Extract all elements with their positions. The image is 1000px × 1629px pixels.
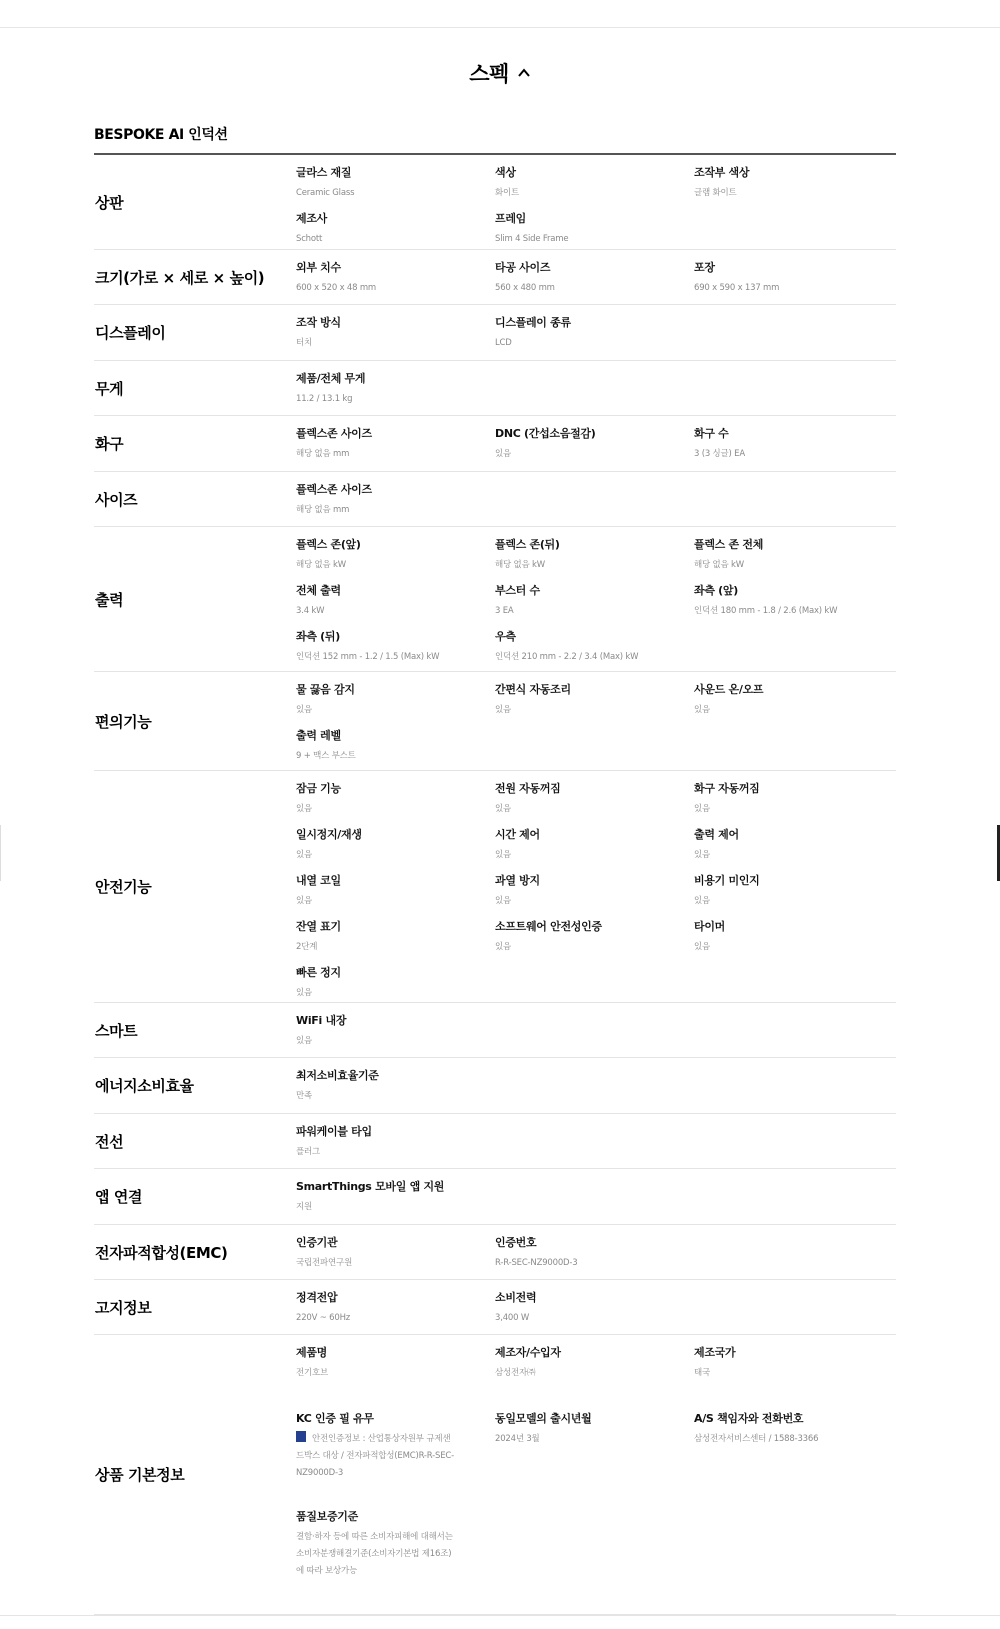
spec-item: 간편식 자동조리있음 — [495, 682, 694, 728]
spec-row: 크기(가로 × 세로 × 높이)외부 치수600 x 520 x 48 mm타공… — [94, 250, 896, 305]
spec-label: 포장 — [694, 260, 896, 276]
spec-label: SmartThings 모바일 앱 지원 — [296, 1179, 495, 1195]
spec-item: 디스플레이 종류LCD — [495, 315, 694, 361]
spec-label: 파워케이블 타입 — [296, 1124, 495, 1140]
spec-item: 동일모델의 출시년월2024년 3월 — [495, 1411, 694, 1510]
spec-row: 에너지소비효율최저소비효율기준만족 — [94, 1058, 896, 1114]
spec-label: 품질보증기준 — [296, 1509, 495, 1525]
spec-item: 플렉스존 사이즈해당 없음 mm — [296, 426, 495, 472]
spec-label: 물 끓음 감지 — [296, 682, 495, 698]
product-name: BESPOKE AI 인덕션 — [94, 124, 228, 144]
spec-items-grid: 최저소비효율기준만족 — [296, 1058, 896, 1113]
spec-category: 고지정보 — [94, 1280, 296, 1334]
left-edge-mark — [0, 825, 1, 881]
spec-label: 빠른 정지 — [296, 965, 495, 981]
spec-item: 좌측 (앞)인덕션 180 mm - 1.8 / 2.6 (Max) kW — [694, 583, 896, 629]
spec-row: 고지정보정격전압220V ~ 60Hz소비전력3,400 W — [94, 1280, 896, 1335]
spec-item: 부스터 수3 EA — [495, 583, 694, 629]
spec-value: 터치 — [296, 335, 495, 351]
spec-label: 화구 수 — [694, 426, 896, 442]
spec-item: 플렉스 존 전체해당 없음 kW — [694, 537, 896, 583]
spec-value: 있음 — [296, 847, 495, 863]
spec-item: 제품명전기호브 — [296, 1345, 495, 1411]
spec-item: 타이머있음 — [694, 919, 896, 965]
spec-row: 편의기능물 끓음 감지있음간편식 자동조리있음사운드 온/오프있음출력 레벨9 … — [94, 672, 896, 771]
spec-label: 소비전력 — [495, 1290, 694, 1306]
spec-items-grid: 플렉스존 사이즈해당 없음 mm — [296, 472, 896, 526]
spec-value: 플러그 — [296, 1144, 495, 1160]
spec-item: 시간 제어있음 — [495, 827, 694, 873]
spec-label: 우측 — [495, 629, 694, 645]
spec-item: 색상화이트 — [495, 165, 694, 211]
spec-value: 글램 화이트 — [694, 185, 896, 201]
spec-items-grid: 플렉스존 사이즈해당 없음 mmDNC (간섭소음절감)있음화구 수3 (3 싱… — [296, 416, 896, 471]
spec-value: 있음 — [495, 939, 694, 955]
spec-label: 부스터 수 — [495, 583, 694, 599]
spec-value: Schott — [296, 231, 495, 247]
spec-category: 상품 기본정보 — [94, 1335, 296, 1614]
spec-value: Ceramic Glass — [296, 185, 495, 201]
spec-row: 사이즈플렉스존 사이즈해당 없음 mm — [94, 472, 896, 527]
spec-item: 플렉스 존(뒤)해당 없음 kW — [495, 537, 694, 583]
spec-item: 과열 방지있음 — [495, 873, 694, 919]
chevron-up-icon — [517, 66, 531, 80]
spec-value: 3 (3 싱글) EA — [694, 446, 896, 462]
spec-label: 시간 제어 — [495, 827, 694, 843]
spec-label: 제조자/수입자 — [495, 1345, 694, 1361]
spec-label: WiFi 내장 — [296, 1013, 495, 1029]
spec-label: KC 인증 필 유무 — [296, 1411, 495, 1427]
spec-items-grid: 제품/전체 무게11.2 / 13.1 kg — [296, 361, 896, 415]
spec-value: 있음 — [296, 801, 495, 817]
spec-value: 삼성전자㈜ — [495, 1365, 694, 1381]
spec-label: 간편식 자동조리 — [495, 682, 694, 698]
spec-row: 화구플렉스존 사이즈해당 없음 mmDNC (간섭소음절감)있음화구 수3 (3… — [94, 416, 896, 472]
spec-label: 화구 자동꺼짐 — [694, 781, 896, 797]
spec-category: 앱 연결 — [94, 1169, 296, 1224]
spec-label: 동일모델의 출시년월 — [495, 1411, 694, 1427]
bottom-divider — [0, 1615, 1000, 1616]
spec-value: 전기호브 — [296, 1365, 495, 1381]
spec-row: 출력플렉스 존(앞)해당 없음 kW플렉스 존(뒤)해당 없음 kW플렉스 존 … — [94, 527, 896, 672]
spec-label: A/S 책임자와 전화번호 — [694, 1411, 896, 1427]
spec-value: 삼성전자서비스센터 / 1588-3366 — [694, 1431, 896, 1447]
spec-label: 최저소비효율기준 — [296, 1068, 495, 1084]
spec-category: 디스플레이 — [94, 305, 296, 360]
spec-item: KC 인증 필 유무안전인증정보 : 산업통상자원부 규제샌드박스 대상 / 전… — [296, 1411, 495, 1510]
spec-value: 11.2 / 13.1 kg — [296, 391, 495, 407]
spec-label: 글라스 재질 — [296, 165, 495, 181]
spec-row: 안전기능잠금 기능있음전원 자동꺼짐있음화구 자동꺼짐있음일시정지/재생있음시간… — [94, 771, 896, 1003]
spec-label: 플렉스 존(앞) — [296, 537, 495, 553]
spec-label: 제품명 — [296, 1345, 495, 1361]
spec-value: 만족 — [296, 1088, 495, 1104]
spec-value: 안전인증정보 : 산업통상자원부 규제샌드박스 대상 / 전자파적합성(EMC)… — [296, 1431, 456, 1482]
spec-category: 상판 — [94, 155, 296, 249]
spec-value: 해당 없음 kW — [296, 557, 495, 573]
spec-label: 정격전압 — [296, 1290, 495, 1306]
spec-label: 좌측 (앞) — [694, 583, 896, 599]
spec-category: 에너지소비효율 — [94, 1058, 296, 1113]
spec-label: 좌측 (뒤) — [296, 629, 495, 645]
spec-item: 일시정지/재생있음 — [296, 827, 495, 873]
spec-value: 있음 — [495, 847, 694, 863]
spec-label: 인증번호 — [495, 1235, 694, 1251]
spec-row: 전선파워케이블 타입플러그 — [94, 1114, 896, 1169]
spec-items-grid: 플렉스 존(앞)해당 없음 kW플렉스 존(뒤)해당 없음 kW플렉스 존 전체… — [296, 527, 896, 671]
spec-label: 제품/전체 무게 — [296, 371, 495, 387]
spec-label: 타공 사이즈 — [495, 260, 694, 276]
spec-value: 있음 — [296, 893, 495, 909]
spec-value: 해당 없음 kW — [495, 557, 694, 573]
spec-label: 제조사 — [296, 211, 495, 227]
spec-item: 좌측 (뒤)인덕션 152 mm - 1.2 / 1.5 (Max) kW — [296, 629, 495, 675]
spec-value: 태국 — [694, 1365, 896, 1381]
spec-label: 플렉스존 사이즈 — [296, 426, 495, 442]
spec-item: SmartThings 모바일 앱 지원지원 — [296, 1179, 495, 1225]
spec-item: 플렉스존 사이즈해당 없음 mm — [296, 482, 495, 528]
spec-row: 디스플레이조작 방식터치디스플레이 종류LCD — [94, 305, 896, 361]
spec-label: 전체 출력 — [296, 583, 495, 599]
spec-value: 3,400 W — [495, 1310, 694, 1326]
spec-category: 출력 — [94, 527, 296, 671]
spec-value: 화이트 — [495, 185, 694, 201]
spec-value: 있음 — [296, 985, 495, 1001]
spec-item: WiFi 내장있음 — [296, 1013, 495, 1059]
spec-item: 글라스 재질Ceramic Glass — [296, 165, 495, 211]
spec-value: 있음 — [694, 801, 896, 817]
spec-value: 있음 — [694, 702, 896, 718]
spec-category: 편의기능 — [94, 672, 296, 770]
spec-value: 690 x 590 x 137 mm — [694, 280, 896, 296]
spec-title: 스펙 — [469, 58, 509, 88]
spec-item: 출력 레벨9 + 맥스 부스트 — [296, 728, 495, 774]
kc-mark-icon — [296, 1431, 306, 1442]
spec-label: 과열 방지 — [495, 873, 694, 889]
spec-label: 인증기관 — [296, 1235, 495, 1251]
spec-item: 잔열 표기2단계 — [296, 919, 495, 965]
spec-item: 플렉스 존(앞)해당 없음 kW — [296, 537, 495, 583]
spec-value: 있음 — [495, 446, 694, 462]
spec-item: 소프트웨어 안전성인증있음 — [495, 919, 694, 965]
spec-items-grid: SmartThings 모바일 앱 지원지원 — [296, 1169, 896, 1224]
spec-items-grid: 정격전압220V ~ 60Hz소비전력3,400 W — [296, 1280, 896, 1334]
spec-value: 해당 없음 mm — [296, 502, 495, 518]
spec-label: 출력 레벨 — [296, 728, 495, 744]
spec-items-grid: 외부 치수600 x 520 x 48 mm타공 사이즈560 x 480 mm… — [296, 250, 896, 304]
spec-category: 크기(가로 × 세로 × 높이) — [94, 250, 296, 304]
spec-value: 2단계 — [296, 939, 495, 955]
spec-label: 조작부 색상 — [694, 165, 896, 181]
spec-value: 해당 없음 kW — [694, 557, 896, 573]
spec-item: 출력 제어있음 — [694, 827, 896, 873]
spec-value: 3.4 kW — [296, 603, 495, 619]
spec-label: 타이머 — [694, 919, 896, 935]
spec-row: 앱 연결SmartThings 모바일 앱 지원지원 — [94, 1169, 896, 1225]
spec-item: A/S 책임자와 전화번호삼성전자서비스센터 / 1588-3366 — [694, 1411, 896, 1510]
spec-label: 소프트웨어 안전성인증 — [495, 919, 694, 935]
spec-value: 해당 없음 mm — [296, 446, 495, 462]
spec-item: 정격전압220V ~ 60Hz — [296, 1290, 495, 1336]
spec-label: DNC (간섭소음절감) — [495, 426, 694, 442]
spec-item: 파워케이블 타입플러그 — [296, 1124, 495, 1170]
spec-table: 상판글라스 재질Ceramic Glass색상화이트조작부 색상글램 화이트제조… — [94, 155, 896, 1615]
spec-value: 있음 — [694, 847, 896, 863]
spec-value: 있음 — [296, 1033, 495, 1049]
spec-item: 화구 수3 (3 싱글) EA — [694, 426, 896, 472]
spec-value: 있음 — [694, 893, 896, 909]
spec-item: 제조자/수입자삼성전자㈜ — [495, 1345, 694, 1411]
spec-value: 있음 — [296, 702, 495, 718]
spec-item: 물 끓음 감지있음 — [296, 682, 495, 728]
spec-category: 전자파적합성(EMC) — [94, 1225, 296, 1279]
spec-value: 2024년 3월 — [495, 1431, 694, 1447]
spec-value: Slim 4 Side Frame — [495, 231, 694, 247]
spec-label: 제조국가 — [694, 1345, 896, 1361]
spec-label: 조작 방식 — [296, 315, 495, 331]
spec-value: 인덕션 180 mm - 1.8 / 2.6 (Max) kW — [694, 603, 896, 619]
spec-item: 품질보증기준결함·하자 등에 따른 소비자피해에 대해서는 소비자분쟁해결기준(… — [296, 1509, 495, 1608]
spec-item: 조작부 색상글램 화이트 — [694, 165, 896, 211]
spec-items-grid: 제품명전기호브제조자/수입자삼성전자㈜제조국가태국KC 인증 필 유무안전인증정… — [296, 1335, 896, 1614]
spec-items-grid: 파워케이블 타입플러그 — [296, 1114, 896, 1168]
spec-item: 비용기 미인지있음 — [694, 873, 896, 919]
spec-label: 플렉스 존(뒤) — [495, 537, 694, 553]
spec-item: 조작 방식터치 — [296, 315, 495, 361]
spec-label: 일시정지/재생 — [296, 827, 495, 843]
spec-item: 포장690 x 590 x 137 mm — [694, 260, 896, 306]
spec-item: 잠금 기능있음 — [296, 781, 495, 827]
spec-label: 비용기 미인지 — [694, 873, 896, 889]
spec-item: 인증번호R-R-SEC-NZ9000D-3 — [495, 1235, 694, 1281]
spec-item: 타공 사이즈560 x 480 mm — [495, 260, 694, 306]
spec-item: 제조국가태국 — [694, 1345, 896, 1411]
spec-value: 있음 — [694, 939, 896, 955]
spec-label: 잔열 표기 — [296, 919, 495, 935]
spec-items-grid: 잠금 기능있음전원 자동꺼짐있음화구 자동꺼짐있음일시정지/재생있음시간 제어있… — [296, 771, 896, 1002]
spec-item: 전체 출력3.4 kW — [296, 583, 495, 629]
spec-category: 전선 — [94, 1114, 296, 1168]
spec-value: 560 x 480 mm — [495, 280, 694, 296]
spec-item: 전원 자동꺼짐있음 — [495, 781, 694, 827]
spec-label: 외부 치수 — [296, 260, 495, 276]
spec-item: DNC (간섭소음절감)있음 — [495, 426, 694, 472]
spec-value: 있음 — [495, 893, 694, 909]
spec-items-grid: 인증기관국립전파연구원인증번호R-R-SEC-NZ9000D-3 — [296, 1225, 896, 1279]
spec-category: 화구 — [94, 416, 296, 471]
spec-value: 220V ~ 60Hz — [296, 1310, 495, 1326]
spec-row: 전자파적합성(EMC)인증기관국립전파연구원인증번호R-R-SEC-NZ9000… — [94, 1225, 896, 1280]
spec-value: 인덕션 152 mm - 1.2 / 1.5 (Max) kW — [296, 649, 495, 665]
spec-item: 최저소비효율기준만족 — [296, 1068, 495, 1114]
spec-item: 우측인덕션 210 mm - 2.2 / 3.4 (Max) kW — [495, 629, 694, 675]
top-divider — [0, 27, 1000, 28]
spec-value: 지원 — [296, 1199, 495, 1215]
spec-row: 무게제품/전체 무게11.2 / 13.1 kg — [94, 361, 896, 416]
spec-value: 있음 — [495, 702, 694, 718]
spec-label: 색상 — [495, 165, 694, 181]
spec-value: R-R-SEC-NZ9000D-3 — [495, 1255, 694, 1271]
spec-collapse-toggle[interactable]: 스펙 — [469, 58, 531, 88]
spec-value: 있음 — [495, 801, 694, 817]
spec-item: 소비전력3,400 W — [495, 1290, 694, 1336]
spec-value: LCD — [495, 335, 694, 351]
spec-row: 상판글라스 재질Ceramic Glass색상화이트조작부 색상글램 화이트제조… — [94, 155, 896, 250]
spec-item: 내열 코일있음 — [296, 873, 495, 919]
spec-label: 출력 제어 — [694, 827, 896, 843]
spec-item: 화구 자동꺼짐있음 — [694, 781, 896, 827]
spec-label: 프레임 — [495, 211, 694, 227]
spec-row: 상품 기본정보제품명전기호브제조자/수입자삼성전자㈜제조국가태국KC 인증 필 … — [94, 1335, 896, 1615]
spec-category: 스마트 — [94, 1003, 296, 1057]
spec-category: 안전기능 — [94, 771, 296, 1002]
spec-header: 스펙 — [0, 58, 1000, 88]
spec-label: 플렉스존 사이즈 — [296, 482, 495, 498]
spec-value: 3 EA — [495, 603, 694, 619]
spec-category: 사이즈 — [94, 472, 296, 526]
spec-items-grid: WiFi 내장있음 — [296, 1003, 896, 1057]
spec-label: 디스플레이 종류 — [495, 315, 694, 331]
spec-items-grid: 조작 방식터치디스플레이 종류LCD — [296, 305, 896, 360]
spec-value: 9 + 맥스 부스트 — [296, 748, 495, 764]
spec-label: 전원 자동꺼짐 — [495, 781, 694, 797]
spec-item: 제품/전체 무게11.2 / 13.1 kg — [296, 371, 495, 417]
spec-item: 인증기관국립전파연구원 — [296, 1235, 495, 1281]
spec-items-grid: 글라스 재질Ceramic Glass색상화이트조작부 색상글램 화이트제조사S… — [296, 155, 896, 249]
spec-value: 결함·하자 등에 따른 소비자피해에 대해서는 소비자분쟁해결기준(소비자기본법… — [296, 1529, 456, 1580]
spec-label: 사운드 온/오프 — [694, 682, 896, 698]
spec-items-grid: 물 끓음 감지있음간편식 자동조리있음사운드 온/오프있음출력 레벨9 + 맥스… — [296, 672, 896, 770]
spec-label: 잠금 기능 — [296, 781, 495, 797]
spec-row: 스마트WiFi 내장있음 — [94, 1003, 896, 1058]
spec-item: 사운드 온/오프있음 — [694, 682, 896, 728]
spec-value: 국립전파연구원 — [296, 1255, 495, 1271]
spec-value: 600 x 520 x 48 mm — [296, 280, 495, 296]
spec-value-text: 안전인증정보 : 산업통상자원부 규제샌드박스 대상 / 전자파적합성(EMC)… — [296, 1434, 454, 1478]
spec-value: 인덕션 210 mm - 2.2 / 3.4 (Max) kW — [495, 649, 694, 665]
spec-category: 무게 — [94, 361, 296, 415]
spec-label: 내열 코일 — [296, 873, 495, 889]
spec-label: 플렉스 존 전체 — [694, 537, 896, 553]
spec-item: 외부 치수600 x 520 x 48 mm — [296, 260, 495, 306]
